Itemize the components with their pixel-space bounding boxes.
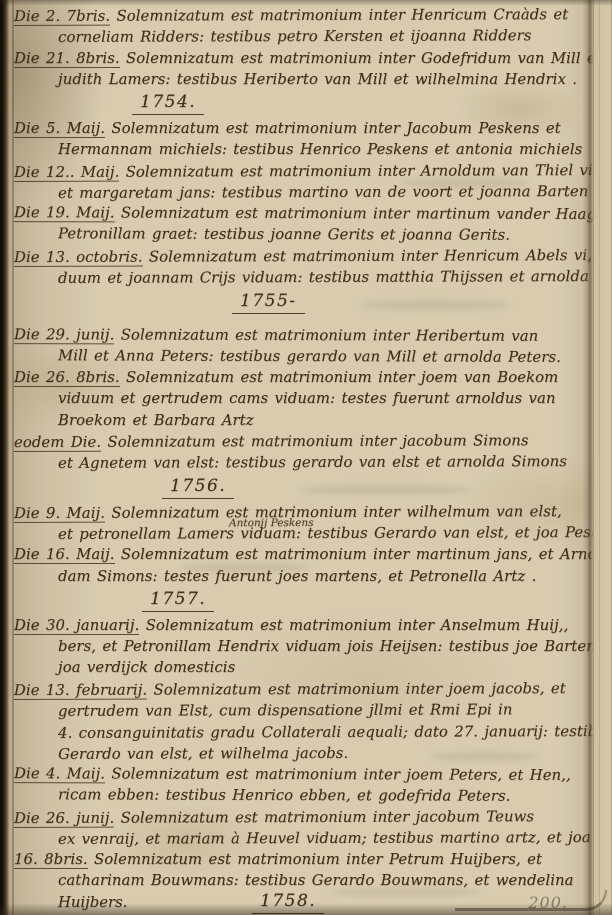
entry-line: eodem Die. Solemnizatum est matrimonium … <box>14 430 582 453</box>
year-heading: 1756. <box>162 475 582 499</box>
entry-line: Die 26. 8bris. Solemnizatum est matrimon… <box>14 367 582 388</box>
entry-date: Die 30. januarij. <box>14 617 139 635</box>
entry-date: Die 29. junij. <box>14 326 114 344</box>
entry-line: dam Simons: testes fuerunt joes martens,… <box>58 566 582 587</box>
entry-line: Die 4. Maij. Solemnizatum est matrimoniu… <box>14 763 582 786</box>
entry-date: Die 16. Maij. <box>14 546 115 564</box>
entry-line: Die 21. 8bris. Solemnizatum est matrimon… <box>14 48 582 69</box>
entry-line: Die 13. februarij. Solemnizatum est matr… <box>14 678 582 701</box>
entry-line: Die 2. 7bris. Solemnizatum est matrimoni… <box>14 4 582 27</box>
entry-date: 16. 8bris. <box>14 851 88 869</box>
entry-line: ricam ebben: testibus Henrico ebben, et … <box>58 784 582 807</box>
binding-crease <box>12 0 14 915</box>
entry-line: viduum et gertrudem cams viduam: testes … <box>58 388 582 409</box>
entry-date: Die 13. octobris. <box>14 249 143 267</box>
entry-line: corneliam Ridders: testibus petro Kerste… <box>58 25 582 48</box>
year-heading: 1755- <box>232 290 582 314</box>
entry-line: judith Lamers: testibus Heriberto van Mi… <box>58 69 582 90</box>
interline-note: Antonij Peskens <box>229 513 314 535</box>
top-edge-shadow <box>0 0 612 6</box>
entry-line: bers, et Petronillam Hendrix viduam jois… <box>58 636 582 657</box>
register-entry: Die 9. Maij. Solemnizatum est matrimoniu… <box>14 501 582 546</box>
entry-line: 16. 8bris. Solemnizatum est matrimonium … <box>14 849 582 870</box>
year-label: 1754. <box>132 91 204 115</box>
entry-line: Die 5. Maij. Solemnizatum est matrimoniu… <box>14 118 582 139</box>
manuscript-page: Die 2. 7bris. Solemnizatum est matrimoni… <box>0 0 612 915</box>
entry-line: Petronillam graet: testibus joanne Gerit… <box>58 224 582 247</box>
entry-line: et Agnetem van elst: testibus gerardo va… <box>58 451 582 474</box>
entry-line: Die 19. Maij. Solemnizatum est matrimoni… <box>14 202 582 225</box>
register-entry: Die 5. Maij. Solemnizatum est matrimoniu… <box>14 118 582 161</box>
register-entry: Die 26. junij. Solemnizatum est matrimon… <box>14 806 582 851</box>
entry-date: Die 26. junij. <box>14 809 114 827</box>
entry-date: Die 2. 7bris. <box>14 8 110 26</box>
register-entry: Die 13. octobris. Solemnizatum est matri… <box>14 245 582 290</box>
year-label: 1755- <box>232 290 305 314</box>
year-heading: 1754. <box>132 91 582 115</box>
entry-line: duum et joannam Crijs viduam: testibus m… <box>58 266 582 289</box>
register-entry: Die 2. 7bris. Solemnizatum est matrimoni… <box>14 4 582 49</box>
entry-date: eodem Die. <box>14 434 101 452</box>
year-heading: 1757. <box>142 588 582 612</box>
register-entry: 16. 8bris. Solemnizatum est matrimonium … <box>14 849 582 892</box>
register-entry: Die 26. 8bris. Solemnizatum est matrimon… <box>14 367 582 431</box>
entry-date: Die 13. februarij. <box>14 681 147 699</box>
entry-date: Die 26. 8bris. <box>14 369 120 387</box>
register-entry: Die 19. Maij. Solemnizatum est matrimoni… <box>14 202 582 246</box>
entry-line: Die 12.. Maij. Solemnizatum est matrimon… <box>14 160 582 183</box>
entry-date: Die 19. Maij. <box>14 204 115 222</box>
register-entry: eodem Die. Solemnizatum est matrimonium … <box>14 430 582 475</box>
page-content: Die 2. 7bris. Solemnizatum est matrimoni… <box>14 5 582 915</box>
register-entry: Die 16. Maij. Solemnizatum est matrimoni… <box>14 544 582 587</box>
entry-line: Die 16. Maij. Solemnizatum est matrimoni… <box>14 544 582 565</box>
entry-line: Mill et Anna Peters: testibus gerardo va… <box>58 345 582 368</box>
entry-line: ex venraij, et mariam à Heuvel viduam; t… <box>58 827 582 850</box>
entry-date: Die 12.. Maij. <box>14 163 119 181</box>
year-label: 1757. <box>142 588 214 612</box>
register-entries: Die 2. 7bris. Solemnizatum est matrimoni… <box>14 5 582 892</box>
entry-line: gertrudem van Elst, cum dispensatione jl… <box>58 699 582 722</box>
entry-date: Die 21. 8bris. <box>14 50 120 68</box>
register-entry: Die 4. Maij. Solemnizatum est matrimoniu… <box>14 763 582 807</box>
entry-line: 4. consanguinitatis gradu Collaterali ae… <box>58 720 582 743</box>
bottom-edge-shadow <box>0 903 612 915</box>
entry-line: joa verdijck domesticis <box>58 657 582 678</box>
entry-line: Die 30. januarij. Solemnizatum est matri… <box>14 615 582 636</box>
entry-line: Gerardo van elst, et wilhelma jacobs. <box>58 742 582 765</box>
entry-date: Die 9. Maij. <box>14 504 105 522</box>
entry-date: Die 5. Maij. <box>14 120 105 138</box>
register-entry: Die 12.. Maij. Solemnizatum est matrimon… <box>14 160 582 205</box>
entry-line: catharinam Bouwmans: testibus Gerardo Bo… <box>58 870 582 891</box>
register-entry: Die 13. februarij. Solemnizatum est matr… <box>14 678 582 765</box>
page-stack-edge <box>582 0 612 915</box>
register-entry: Die 30. januarij. Solemnizatum est matri… <box>14 615 582 679</box>
entry-line: Die 29. junij. Solemnizatum est matrimon… <box>14 324 582 347</box>
entry-date: Die 4. Maij. <box>14 765 105 783</box>
register-entry: Die 29. junij. Solemnizatum est matrimon… <box>14 324 582 368</box>
year-label: 1756. <box>162 475 234 499</box>
entry-line: Die 13. octobris. Solemnizatum est matri… <box>14 245 582 268</box>
entry-line: Hermannam michiels: testibus Henrico Pes… <box>58 139 582 160</box>
entry-line: Antonij Peskenset petronellam Lamers vid… <box>58 522 582 545</box>
entry-line: et margaretam jans: testibus martino van… <box>58 181 582 204</box>
entry-line: Die 26. junij. Solemnizatum est matrimon… <box>14 806 582 829</box>
register-entry: Die 21. 8bris. Solemnizatum est matrimon… <box>14 48 582 91</box>
entry-line: Broekom et Barbara Artz <box>58 410 582 431</box>
